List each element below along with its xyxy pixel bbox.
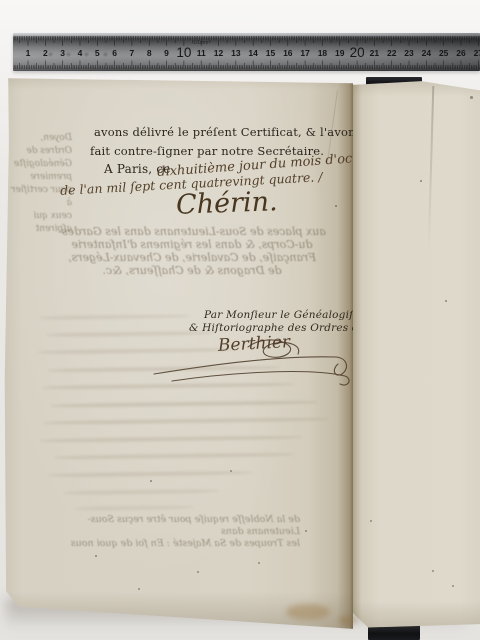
ruler-number: 22 [387, 48, 396, 58]
ruler-number: 10 [176, 45, 191, 60]
bleedthrough-line: aux places de Sous-Lieutenans dans les G… [32, 225, 352, 238]
paper-speck [150, 480, 152, 482]
bleedthrough-margin-column: Doyen, Ordres de Généalogiſte premiere p… [6, 132, 72, 236]
ruler-number: 20 [350, 45, 365, 60]
ruler-number: 11 [197, 48, 206, 58]
paper-speck [470, 96, 473, 99]
bleedthrough-fragment: pour certifier à [6, 184, 72, 210]
document-page-left: avons délivré le préſent Certificat, & l… [4, 76, 353, 630]
foxing-stain [286, 604, 330, 620]
ruler-number: 23 [404, 48, 413, 58]
ruler-number: 14 [248, 48, 257, 58]
paper-speck [95, 555, 97, 557]
attribution-line-1: Par Monſieur le Généalogiſte [204, 309, 364, 321]
foxing-stain [338, 616, 358, 625]
handwriting-showthrough-row [74, 505, 194, 511]
ruler-number: 24 [422, 48, 431, 58]
ruler-hallmark [47, 52, 54, 57]
bleedthrough-line: les Troupes de Sa Majesté : En foi de qu… [68, 538, 300, 550]
bleedthrough-fragment: Généalogiſte [6, 158, 72, 171]
ruler-number: 8 [147, 48, 152, 58]
bleedthrough-text-block: aux places de Sous-Lieutenans dans les G… [32, 225, 352, 277]
paper-speck [432, 570, 434, 572]
bleedthrough-fragment: premiere [6, 171, 72, 184]
handwriting-showthrough-row [44, 417, 329, 425]
ruler-number: 26 [456, 48, 465, 58]
ruler-number: 17 [300, 48, 309, 58]
ruler-hallmark [102, 52, 109, 57]
ruler-number: 9 [164, 48, 169, 58]
ruler-hallmark [83, 52, 90, 57]
ruler-number: 2 [43, 48, 48, 58]
ruler-number: 25 [439, 48, 448, 58]
bleedthrough-line: de la Nobleſſe requiſe pour être reçus S… [68, 514, 300, 538]
bleedthrough-line: du-Corps, & dans les régimens d'Infanter… [32, 238, 352, 251]
bleedthrough-bottom-block: de la Nobleſſe requiſe pour être reçus S… [68, 514, 300, 550]
bleedthrough-fragment: ceux qui aſpirent [6, 210, 72, 236]
bleedthrough-fragment: Ordres de [6, 145, 72, 158]
ruler-number: 13 [231, 48, 240, 58]
ruler-fine-scale-label: 1/1mm [193, 40, 208, 46]
paper-speck [335, 205, 337, 207]
ruler-number: 21 [370, 48, 379, 58]
ruler-number: 6 [112, 48, 117, 58]
handwriting-showthrough-row [54, 452, 294, 459]
handwriting-showthrough-row [48, 471, 253, 478]
ruler-number: 15 [266, 48, 275, 58]
ruler-number: 27 [474, 48, 480, 58]
handwriting-showthrough-row [40, 314, 190, 320]
handwriting-showthrough-row [64, 489, 219, 495]
ruler-number: 19 [335, 48, 344, 58]
ruler-number: 18 [318, 48, 327, 58]
ruler-number: 1 [26, 48, 31, 58]
paper-speck [445, 300, 447, 302]
paper-speck [197, 571, 199, 573]
handwriting-showthrough-row [40, 435, 302, 443]
under-sheet-edge [428, 86, 435, 251]
bleedthrough-line: Françaiſe, de Cavalerie, de Chevaux-Lége… [32, 251, 352, 264]
ruler-number: 12 [214, 48, 223, 58]
bleedthrough-fragment: Doyen, [6, 132, 72, 145]
ruler-number: 4 [78, 48, 83, 58]
document-page-right [350, 80, 480, 628]
paper-speck [370, 520, 372, 522]
signature-cherin: Chérin. [175, 186, 278, 221]
handwriting-showthrough-row [50, 400, 318, 408]
paper-speck [305, 530, 307, 532]
ruler: 1/1mm 1234567891011121314151617181920212… [13, 33, 480, 71]
paper-speck [138, 588, 140, 590]
paper-speck [420, 180, 422, 182]
ruler-number: 5 [95, 48, 100, 58]
ruler-number: 7 [130, 48, 135, 58]
paper-speck [230, 470, 232, 472]
ruler-number: 3 [60, 48, 65, 58]
ruler-hallmark [65, 52, 72, 57]
bleedthrough-line: de Dragons & de Chaſſeurs, &c. [32, 264, 352, 277]
paper-speck [258, 562, 260, 564]
ruler-number: 16 [283, 48, 292, 58]
paper-speck [452, 585, 454, 587]
photo-scene: 1/1mm 1234567891011121314151617181920212… [0, 0, 480, 640]
